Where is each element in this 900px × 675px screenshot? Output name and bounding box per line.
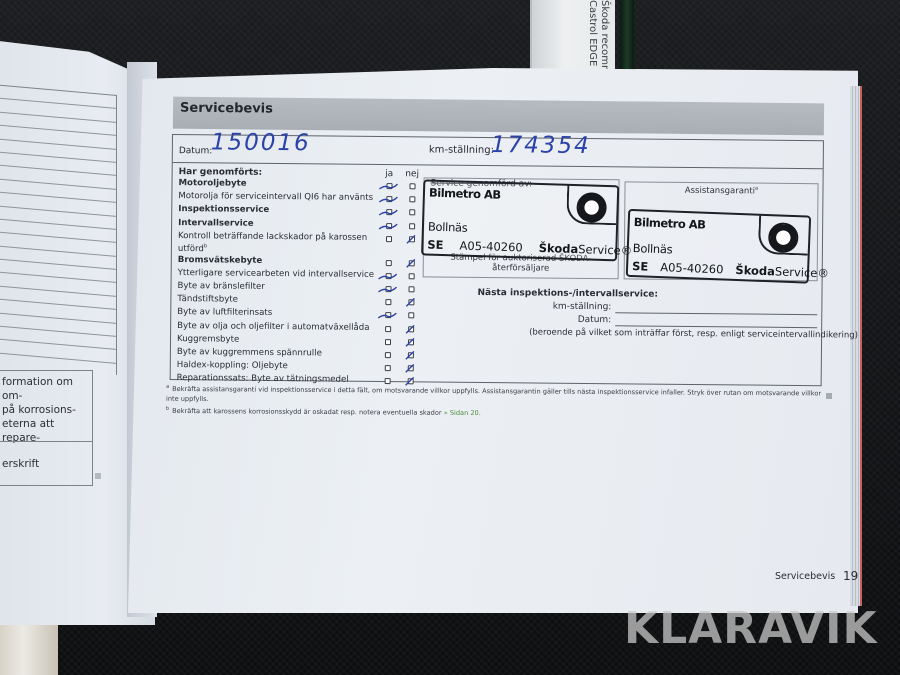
checkbox-ja[interactable]: [377, 233, 400, 245]
checkbox-ja[interactable]: [376, 336, 399, 348]
checklist-item-label: Motoroljebyte: [178, 178, 377, 190]
checkbox-ja[interactable]: [377, 206, 400, 218]
checklist-item-label: Byte av kuggremmens spännrulle: [177, 347, 376, 359]
stamp-country: SE: [632, 259, 649, 274]
checkbox-ja[interactable]: [376, 309, 399, 321]
checkbox-square[interactable]: [385, 299, 391, 305]
checkbox-square[interactable]: [385, 273, 391, 279]
checkbox-nej[interactable]: [399, 323, 422, 335]
checkbox-ja[interactable]: [377, 193, 400, 205]
checkbox-square[interactable]: [408, 260, 414, 266]
col-nej: nej: [401, 169, 424, 180]
dealer-stamp: Bilmetro AB Bollnäs SE A05-40260 ŠkodaSe…: [421, 179, 619, 261]
checkbox-nej[interactable]: [399, 310, 422, 322]
checkbox-ja[interactable]: [376, 283, 399, 295]
leaflet-line-1: Škoda recomme: [598, 0, 610, 81]
checkbox-square[interactable]: [386, 223, 392, 229]
service-checklist: Har genomförts: ja nej MotoroljebyteMoto…: [177, 167, 424, 389]
stamp-country: SE: [427, 238, 444, 252]
right-page-marker: [826, 393, 832, 399]
page-link[interactable]: » Sidan 20.: [444, 409, 481, 417]
checkbox-nej[interactable]: [400, 233, 423, 245]
page-number: 19: [843, 569, 858, 583]
km-label: km-ställning:: [429, 144, 494, 156]
checkbox-square[interactable]: [385, 236, 391, 242]
next-km-field[interactable]: [615, 302, 817, 315]
stamp-brand: ŠkodaService®: [539, 241, 633, 258]
checkbox-nej[interactable]: [400, 270, 423, 282]
checkbox-square[interactable]: [407, 352, 413, 358]
page-edges: [850, 86, 862, 606]
page-footer-label: Servicebevis: [775, 571, 835, 582]
checkbox-square[interactable]: [385, 286, 391, 292]
next-service-section: Nästa inspektions-/intervallservice: km-…: [428, 287, 818, 291]
checkbox-square[interactable]: [386, 209, 392, 215]
datum-value[interactable]: 150016: [211, 129, 311, 156]
checklist-item-label: Haldex-koppling: Oljebyte: [177, 360, 376, 372]
left-page-marker: [95, 473, 101, 479]
checkbox-square[interactable]: [407, 339, 413, 345]
next-service-note: (beroende på vilket som inträffar först,…: [529, 327, 858, 340]
left-page-ruled-lines: [0, 85, 117, 375]
checkbox-nej[interactable]: [400, 207, 423, 219]
checklist-item-label: Ytterligare servicearbeten vid intervall…: [178, 268, 377, 280]
checklist-item-label: Byte av olja och oljefilter i automatväx…: [177, 321, 376, 333]
checkbox-ja[interactable]: [376, 296, 399, 308]
wood-panel: [0, 618, 58, 675]
checkbox-square[interactable]: [384, 365, 390, 371]
col-ja: ja: [378, 169, 401, 180]
checklist-item-label: Byte av bränslefilter: [177, 281, 376, 293]
stamp-city: Bollnäs: [633, 241, 673, 256]
checkbox-ja[interactable]: [376, 323, 399, 335]
checkbox-ja[interactable]: [376, 349, 399, 361]
checkbox-ja[interactable]: [377, 270, 400, 282]
stamp-brand: ŠkodaService®: [735, 263, 829, 280]
checkbox-nej[interactable]: [400, 257, 423, 269]
checkbox-nej[interactable]: [399, 336, 422, 348]
checkbox-nej[interactable]: [399, 283, 422, 295]
datum-row: Datum: 150016 km-ställning: 174354: [173, 135, 823, 169]
checkbox-square[interactable]: [384, 339, 390, 345]
checklist-item-label: Motorolja för serviceintervall QI6 har a…: [178, 191, 377, 203]
stamp-city: Bollnäs: [428, 220, 468, 235]
checkbox-nej[interactable]: [399, 349, 422, 361]
checkbox-nej[interactable]: [400, 193, 423, 205]
next-date-label: Datum:: [427, 313, 615, 326]
stamp-dealer: Bilmetro AB: [429, 186, 501, 202]
checkbox-nej[interactable]: [400, 220, 423, 232]
checklist-item-label: Intervallservice: [178, 218, 377, 230]
page-title: Servicebevis: [180, 101, 273, 117]
checkbox-nej[interactable]: [399, 362, 422, 374]
checkbox-ja[interactable]: [377, 257, 400, 269]
checkbox-square[interactable]: [408, 313, 414, 319]
checklist-item-label: Tändstiftsbyte: [177, 294, 376, 306]
left-info-box: formation om om- på korrosions- eterna a…: [0, 370, 93, 486]
checkbox-square[interactable]: [385, 326, 391, 332]
checkbox-ja[interactable]: [377, 220, 400, 232]
km-value[interactable]: 174354: [491, 132, 591, 159]
checklist-row: Kontroll beträffande lackskador på karos…: [178, 231, 423, 257]
checkbox-nej[interactable]: [400, 180, 423, 192]
checklist-item-label: Byte av luftfilterinsats: [177, 307, 376, 319]
next-km-label: km-ställning:: [427, 300, 615, 313]
datum-label: Datum:: [179, 146, 213, 156]
next-service-heading: Nästa inspektions-/intervallservice:: [477, 288, 658, 300]
checklist-item-label: Bromsvätskebyte: [178, 255, 377, 267]
assist-box-caption: Assistansgarantia: [625, 184, 817, 197]
checkbox-square[interactable]: [386, 183, 392, 189]
stamp-code: A05-40260: [660, 260, 724, 276]
assistance-stamp: Bilmetro AB Bollnäs SE A05-40260 ŠkodaSe…: [626, 209, 811, 284]
checkbox-square[interactable]: [408, 326, 414, 332]
checkbox-square[interactable]: [407, 365, 413, 371]
checkbox-square[interactable]: [408, 299, 414, 305]
stamp-dealer: Bilmetro AB: [634, 215, 706, 232]
checkbox-square[interactable]: [385, 260, 391, 266]
watermark-logo: KLARAVIK: [624, 603, 878, 654]
left-box-line-1: formation om om-: [2, 375, 92, 403]
checkbox-square[interactable]: [409, 183, 415, 189]
next-date-field[interactable]: [615, 315, 817, 328]
footnotes: aBekräfta assistansgaranti vid inspektio…: [166, 382, 826, 421]
service-record-form: Datum: 150016 km-ställning: 174354 Har g…: [170, 134, 824, 386]
checkbox-square[interactable]: [408, 236, 414, 242]
signature-line: [0, 441, 92, 442]
checkbox-square[interactable]: [385, 312, 391, 318]
checkbox-square[interactable]: [409, 196, 415, 202]
signature-label: erskrift: [2, 457, 39, 471]
checkbox-square[interactable]: [408, 286, 414, 292]
left-box-line-2: på korrosions-: [2, 403, 92, 417]
checkbox-square[interactable]: [409, 210, 415, 216]
checkbox-square[interactable]: [384, 352, 390, 358]
checkbox-square[interactable]: [409, 223, 415, 229]
checklist-item-label: Inspektionsservice: [178, 204, 377, 216]
checkbox-nej[interactable]: [399, 296, 422, 308]
checkbox-square[interactable]: [386, 196, 392, 202]
checkbox-ja[interactable]: [377, 180, 400, 192]
checklist-item-label: Kontroll beträffande lackskador på karos…: [178, 231, 377, 257]
checkbox-ja[interactable]: [376, 362, 399, 374]
stamp-code: A05-40260: [459, 239, 523, 255]
checkbox-square[interactable]: [408, 273, 414, 279]
checklist-item-label: Kuggremsbyte: [177, 334, 376, 346]
